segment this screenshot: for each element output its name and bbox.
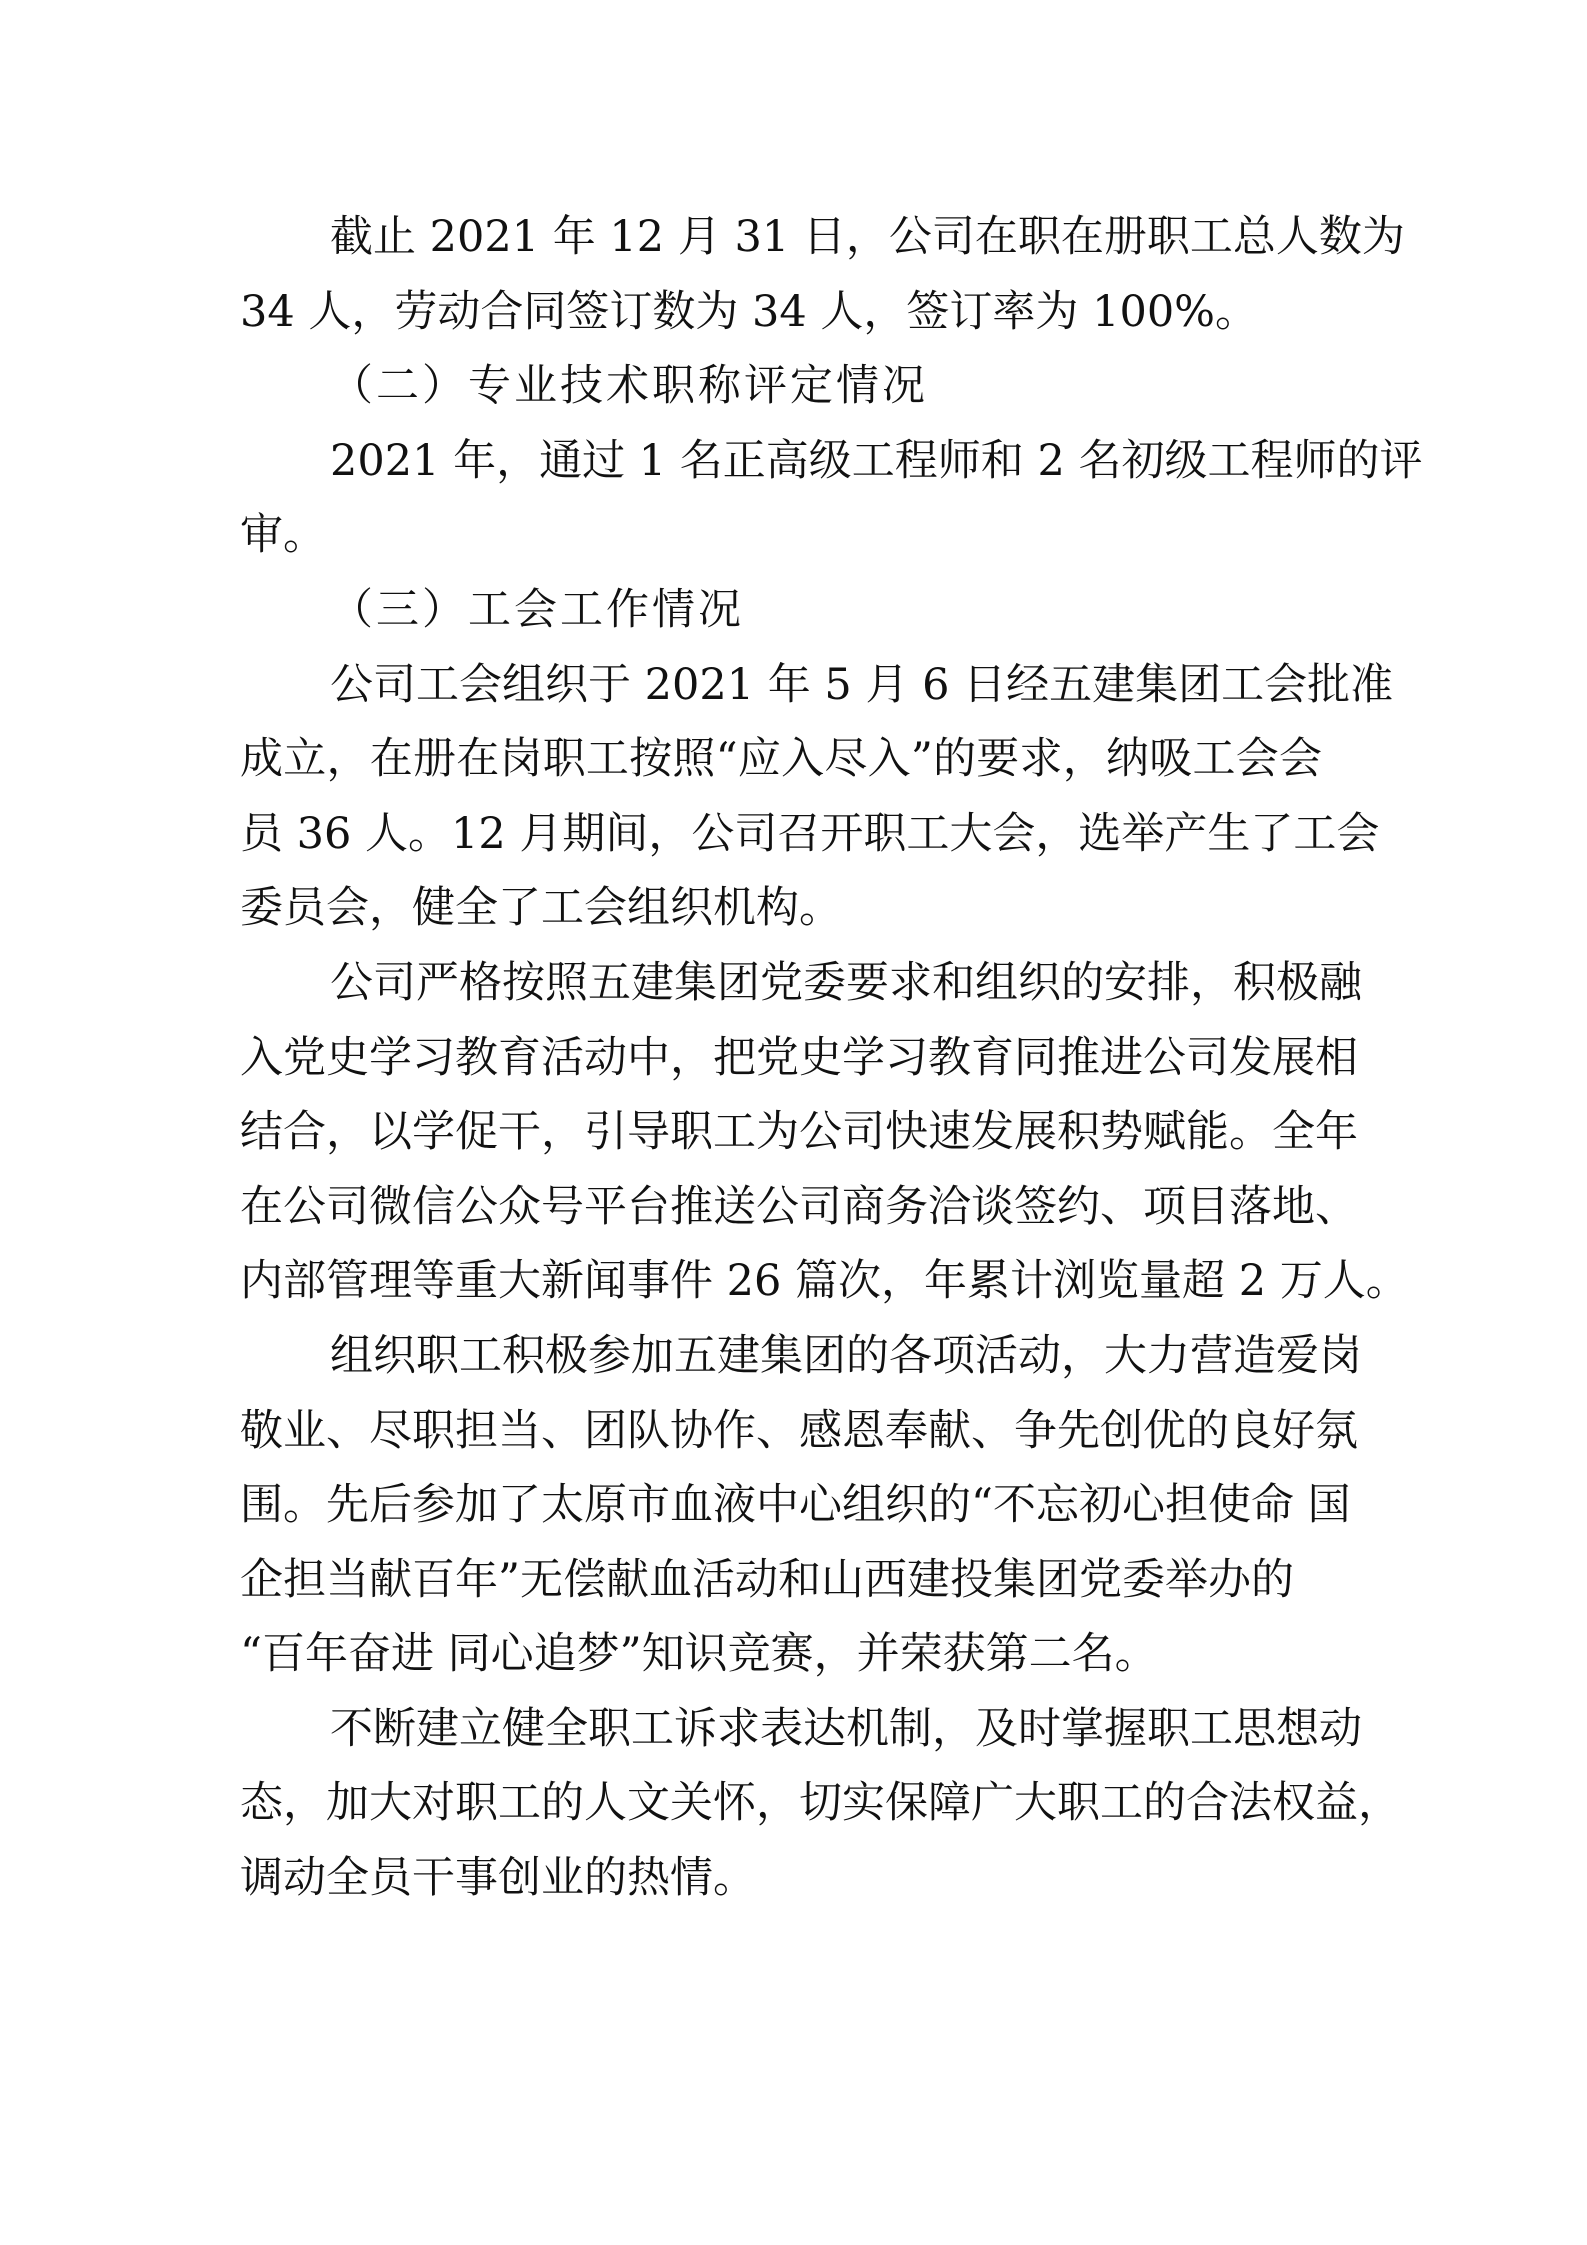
document-page: 截止 2021 年 12 月 31 日，公司在职在册职工总人数为 34 人，劳动… bbox=[0, 0, 1587, 2245]
paragraph-title-review: 2021 年，通过 1 名正高级工程师和 2 名初级工程师的评 审。 bbox=[240, 424, 1322, 573]
paragraph-line: 组织职工积极参加五建集团的各项活动，大力营造爱岗 bbox=[240, 1319, 1322, 1394]
paragraph-line: 在公司微信公众号平台推送公司商务洽谈签约、项目落地、 bbox=[240, 1170, 1322, 1245]
paragraph-line: 员 36 人。12 月期间，公司召开职工大会，选举产生了工会 bbox=[240, 797, 1322, 872]
paragraph-line: 态，加大对职工的人文关怀，切实保障广大职工的合法权益， bbox=[240, 1766, 1322, 1841]
heading-text: （二）专业技术职称评定情况 bbox=[330, 361, 928, 411]
paragraph-line: 结合，以学促干，引导职工为公司快速发展积势赋能。全年 bbox=[240, 1095, 1322, 1170]
paragraph-staff-count: 截止 2021 年 12 月 31 日，公司在职在册职工总人数为 34 人，劳动… bbox=[240, 200, 1322, 349]
document-body: 截止 2021 年 12 月 31 日，公司在职在册职工总人数为 34 人，劳动… bbox=[240, 200, 1322, 1916]
paragraph-line: 公司严格按照五建集团党委要求和组织的安排，积极融 bbox=[240, 946, 1322, 1021]
paragraph-group-activities: 组织职工积极参加五建集团的各项活动，大力营造爱岗 敬业、尽职担当、团队协作、感恩… bbox=[240, 1319, 1322, 1692]
paragraph-line: 审。 bbox=[240, 498, 1322, 573]
paragraph-line: 34 人，劳动合同签订数为 34 人，签订率为 100%。 bbox=[240, 275, 1322, 350]
section-heading-professional-titles: （二）专业技术职称评定情况 bbox=[240, 349, 1322, 424]
paragraph-line: 委员会，健全了工会组织机构。 bbox=[240, 871, 1322, 946]
paragraph-line: 敬业、尽职担当、团队协作、感恩奉献、争先创优的良好氛 bbox=[240, 1394, 1322, 1469]
paragraph-line: 成立，在册在岗职工按照“应入尽入”的要求，纳吸工会会 bbox=[240, 722, 1322, 797]
heading-text: （三）工会工作情况 bbox=[330, 585, 744, 635]
paragraph-line: 截止 2021 年 12 月 31 日，公司在职在册职工总人数为 bbox=[240, 200, 1322, 275]
paragraph-line: 内部管理等重大新闻事件 26 篇次，年累计浏览量超 2 万人。 bbox=[240, 1244, 1322, 1319]
paragraph-employee-care: 不断建立健全职工诉求表达机制，及时掌握职工思想动 态，加大对职工的人文关怀，切实… bbox=[240, 1692, 1322, 1916]
paragraph-line: “百年奋进 同心追梦”知识竞赛，并荣获第二名。 bbox=[240, 1617, 1322, 1692]
paragraph-line: 调动全员干事创业的热情。 bbox=[240, 1841, 1322, 1916]
paragraph-party-history-education: 公司严格按照五建集团党委要求和组织的安排，积极融 入党史学习教育活动中，把党史学… bbox=[240, 946, 1322, 1319]
paragraph-line: 企担当献百年”无偿献血活动和山西建投集团党委举办的 bbox=[240, 1543, 1322, 1618]
paragraph-line: 不断建立健全职工诉求表达机制，及时掌握职工思想动 bbox=[240, 1692, 1322, 1767]
paragraph-line: 围。先后参加了太原市血液中心组织的“不忘初心担使命 国 bbox=[240, 1468, 1322, 1543]
paragraph-union-founding: 公司工会组织于 2021 年 5 月 6 日经五建集团工会批准 成立，在册在岗职… bbox=[240, 648, 1322, 946]
section-heading-union-work: （三）工会工作情况 bbox=[240, 573, 1322, 648]
paragraph-line: 入党史学习教育活动中，把党史学习教育同推进公司发展相 bbox=[240, 1021, 1322, 1096]
paragraph-line: 2021 年，通过 1 名正高级工程师和 2 名初级工程师的评 bbox=[240, 424, 1322, 499]
paragraph-line: 公司工会组织于 2021 年 5 月 6 日经五建集团工会批准 bbox=[240, 648, 1322, 723]
